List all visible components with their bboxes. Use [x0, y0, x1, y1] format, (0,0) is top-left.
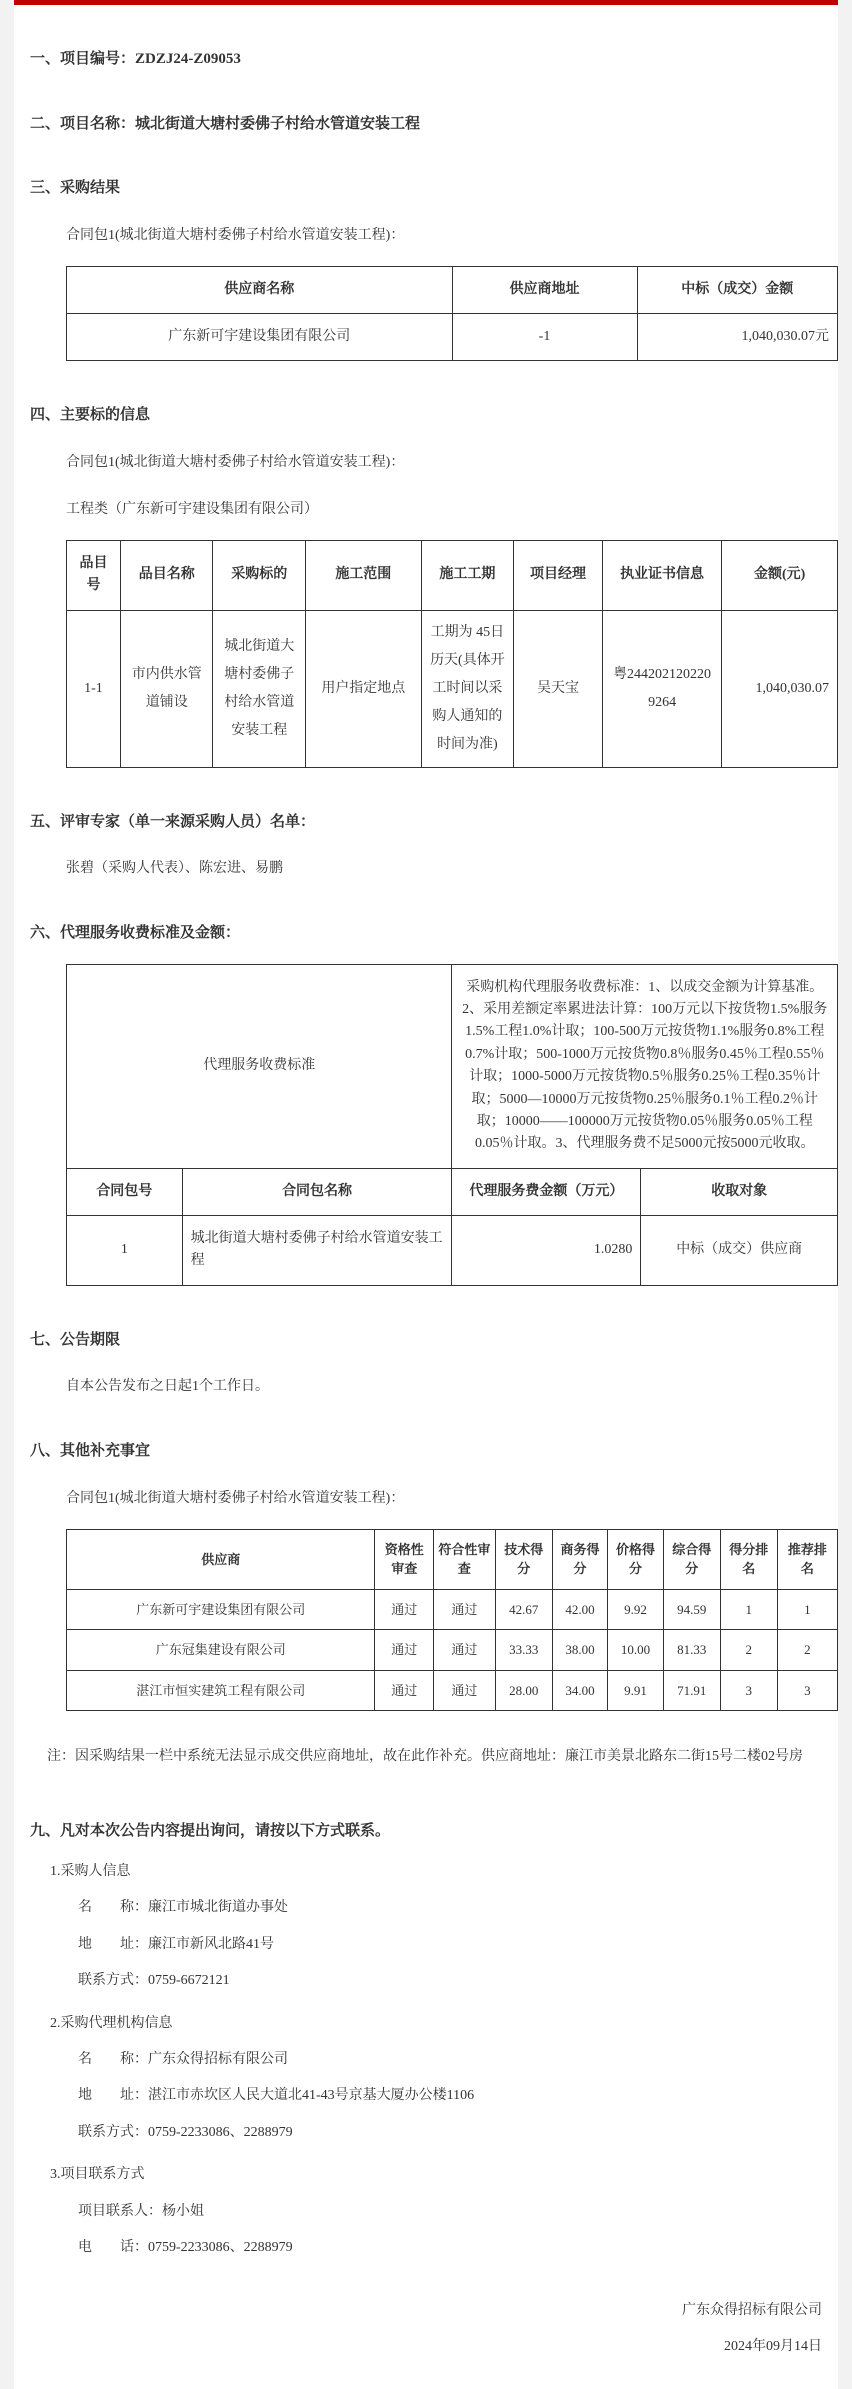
table-row: 广东冠集建设有限公司 通过 通过 33.33 38.00 10.00 81.33…: [67, 1630, 838, 1671]
qualification-cell: 通过: [375, 1630, 434, 1671]
table-header-row: 合同包号 合同包名称 代理服务费金额（万元） 收取对象: [67, 1168, 838, 1215]
column-header: 中标（成交）金额: [637, 266, 837, 313]
footer-date: 2024年09月14日: [14, 2335, 838, 2355]
column-header: 采购标的: [213, 540, 306, 610]
conformity-cell: 通过: [434, 1630, 496, 1671]
table-row: 1 城北街道大塘村委佛子村给水管道安装工程 1.0280 中标（成交）供应商: [67, 1216, 838, 1286]
project-contact-heading: 3.项目联系方式: [14, 2164, 838, 2186]
column-header: 收取对象: [641, 1168, 838, 1215]
column-header: 推荐排名: [777, 1529, 837, 1589]
tech-score-cell: 33.33: [495, 1630, 552, 1671]
footer-company: 广东众得招标有限公司: [14, 2299, 838, 2319]
business-score-cell: 42.00: [552, 1589, 608, 1630]
section-4-title: 四、主要标的信息: [14, 406, 838, 426]
award-amount-cell: 1,040,030.07元: [637, 313, 837, 360]
total-score-cell: 94.59: [663, 1589, 720, 1630]
purchaser-info-heading: 1.采购人信息: [14, 1861, 838, 1883]
certificate-cell: 粤2442021202209264: [602, 610, 722, 767]
column-header: 综合得分: [663, 1529, 720, 1589]
bid-target-table: 品目号 品目名称 采购标的 施工范围 施工工期 项目经理 执业证书信息 金额(元…: [66, 540, 838, 768]
expert-names: 张碧（采购人代表）、陈宏进、易鹏: [14, 858, 838, 879]
column-header: 合同包号: [67, 1168, 183, 1215]
package-line: 合同包1(城北街道大塘村委佛子村给水管道安装工程)：: [14, 452, 838, 473]
column-header: 合同包名称: [182, 1168, 452, 1215]
project-manager-cell: 吴天宝: [514, 610, 603, 767]
section-7-title: 七、公告期限: [14, 1331, 838, 1351]
column-header: 供应商名称: [67, 266, 453, 313]
section-6-title: 六、代理服务收费标准及金额：: [14, 924, 838, 944]
agency-info-heading: 2.采购代理机构信息: [14, 2013, 838, 2035]
fee-standard-label-cell: 代理服务收费标准: [67, 964, 452, 1168]
qualification-cell: 通过: [375, 1670, 434, 1711]
supplier-name-cell: 湛江市恒实建筑工程有限公司: [67, 1670, 375, 1711]
score-rank-cell: 3: [720, 1670, 777, 1711]
supplier-score-table: 供应商 资格性审查 符合性审查 技术得分 商务得分 价格得分 综合得分 得分排名…: [66, 1529, 838, 1712]
total-score-cell: 71.91: [663, 1670, 720, 1711]
conformity-cell: 通过: [434, 1670, 496, 1711]
column-header: 符合性审查: [434, 1529, 496, 1589]
agency-name: 名 称：广东众得招标有限公司: [14, 2049, 838, 2071]
price-score-cell: 9.91: [608, 1670, 664, 1711]
fee-payer-cell: 中标（成交）供应商: [641, 1216, 838, 1286]
column-header: 执业证书信息: [602, 540, 722, 610]
column-header: 得分排名: [720, 1529, 777, 1589]
supplier-name-cell: 广东新可宇建设集团有限公司: [67, 1589, 375, 1630]
conformity-cell: 通过: [434, 1589, 496, 1630]
supplier-name-cell: 广东冠集建设有限公司: [67, 1630, 375, 1671]
column-header: 项目经理: [514, 540, 603, 610]
category-line: 工程类（广东新可宇建设集团有限公司）: [14, 499, 838, 520]
section-5-title: 五、评审专家（单一来源采购人员）名单：: [14, 813, 838, 833]
recommend-rank-cell: 3: [777, 1670, 837, 1711]
table-row: 湛江市恒实建筑工程有限公司 通过 通过 28.00 34.00 9.91 71.…: [67, 1670, 838, 1711]
fee-standard-text-cell: 采购机构代理服务收费标准：1、以成交金额为计算基准。2、采用差额定率累进法计算：…: [452, 964, 838, 1168]
qualification-cell: 通过: [375, 1589, 434, 1630]
package-line: 合同包1(城北街道大塘村委佛子村给水管道安装工程)：: [14, 225, 838, 246]
package-no-cell: 1: [67, 1216, 183, 1286]
table-header-row: 品目号 品目名称 采购标的 施工范围 施工工期 项目经理 执业证书信息 金额(元…: [67, 540, 838, 610]
purchaser-name: 名 称：廉江市城北街道办事处: [14, 1897, 838, 1919]
package-line: 合同包1(城北街道大塘村委佛子村给水管道安装工程)：: [14, 1488, 838, 1509]
fee-standard-row: 代理服务收费标准 采购机构代理服务收费标准：1、以成交金额为计算基准。2、采用差…: [67, 964, 838, 1168]
agency-phone: 联系方式：0759-2233086、2288979: [14, 2122, 838, 2144]
column-header: 商务得分: [552, 1529, 608, 1589]
column-header: 施工范围: [306, 540, 422, 610]
business-score-cell: 38.00: [552, 1630, 608, 1671]
supplier-address-cell: -1: [452, 313, 637, 360]
column-header: 品目号: [67, 540, 121, 610]
project-contact-person: 项目联系人：杨小姐: [14, 2201, 838, 2223]
agency-address: 地 址：湛江市赤坎区人民大道北41-43号京基大厦办公楼1106: [14, 2085, 838, 2107]
business-score-cell: 34.00: [552, 1670, 608, 1711]
section-1-title: 一、项目编号：ZDZJ24-Z09053: [14, 50, 838, 70]
construction-period-cell: 工期为 45日历天(具体开工时间以采购人通知的时间为准): [421, 610, 514, 767]
fee-amount-cell: 1.0280: [452, 1216, 641, 1286]
package-name-cell: 城北街道大塘村委佛子村给水管道安装工程: [182, 1216, 452, 1286]
column-header: 供应商: [67, 1529, 375, 1589]
column-header: 施工工期: [421, 540, 514, 610]
column-header: 品目名称: [120, 540, 213, 610]
announcement-page: 一、项目编号：ZDZJ24-Z09053 二、项目名称：城北街道大塘村委佛子村给…: [14, 0, 838, 2389]
fee-standard-table: 代理服务收费标准 采购机构代理服务收费标准：1、以成交金额为计算基准。2、采用差…: [66, 964, 838, 1286]
tech-score-cell: 28.00: [495, 1670, 552, 1711]
table-row: 广东新可宇建设集团有限公司 -1 1,040,030.07元: [67, 313, 838, 360]
section-8-title: 八、其他补充事宜: [14, 1442, 838, 1462]
procurement-result-table: 供应商名称 供应商地址 中标（成交）金额 广东新可宇建设集团有限公司 -1 1,…: [66, 266, 838, 362]
supplier-name-cell: 广东新可宇建设集团有限公司: [67, 313, 453, 360]
procurement-target-cell: 城北街道大塘村委佛子村给水管道安装工程: [213, 610, 306, 767]
total-score-cell: 81.33: [663, 1630, 720, 1671]
item-no-cell: 1-1: [67, 610, 121, 767]
column-header: 代理服务费金额（万元）: [452, 1168, 641, 1215]
price-score-cell: 9.92: [608, 1589, 664, 1630]
score-rank-cell: 2: [720, 1630, 777, 1671]
table-header-row: 供应商名称 供应商地址 中标（成交）金额: [67, 266, 838, 313]
section-3-title: 三、采购结果: [14, 179, 838, 199]
supplementary-note: 注：因采购结果一栏中系统无法显示成交供应商地址，故在此作补充。供应商地址：廉江市…: [14, 1737, 838, 1776]
section-2-title: 二、项目名称：城北街道大塘村委佛子村给水管道安装工程: [14, 115, 838, 135]
column-header: 供应商地址: [452, 266, 637, 313]
purchaser-address: 地 址：廉江市新风北路41号: [14, 1934, 838, 1956]
construction-scope-cell: 用户指定地点: [306, 610, 422, 767]
column-header: 技术得分: [495, 1529, 552, 1589]
score-rank-cell: 1: [720, 1589, 777, 1630]
column-header: 价格得分: [608, 1529, 664, 1589]
purchaser-phone: 联系方式：0759-6672121: [14, 1970, 838, 1992]
top-accent-bar: [14, 0, 838, 5]
item-name-cell: 市内供水管道铺设: [120, 610, 213, 767]
amount-cell: 1,040,030.07: [722, 610, 838, 767]
column-header: 资格性审查: [375, 1529, 434, 1589]
section-9-title: 九、凡对本次公告内容提出询问，请按以下方式联系。: [14, 1822, 838, 1842]
column-header: 金额(元): [722, 540, 838, 610]
project-contact-phone: 电 话：0759-2233086、2288979: [14, 2237, 838, 2259]
announcement-period-text: 自本公告发布之日起1个工作日。: [14, 1376, 838, 1397]
recommend-rank-cell: 2: [777, 1630, 837, 1671]
recommend-rank-cell: 1: [777, 1589, 837, 1630]
tech-score-cell: 42.67: [495, 1589, 552, 1630]
table-header-row: 供应商 资格性审查 符合性审查 技术得分 商务得分 价格得分 综合得分 得分排名…: [67, 1529, 838, 1589]
table-row: 广东新可宇建设集团有限公司 通过 通过 42.67 42.00 9.92 94.…: [67, 1589, 838, 1630]
price-score-cell: 10.00: [608, 1630, 664, 1671]
table-row: 1-1 市内供水管道铺设 城北街道大塘村委佛子村给水管道安装工程 用户指定地点 …: [67, 610, 838, 767]
